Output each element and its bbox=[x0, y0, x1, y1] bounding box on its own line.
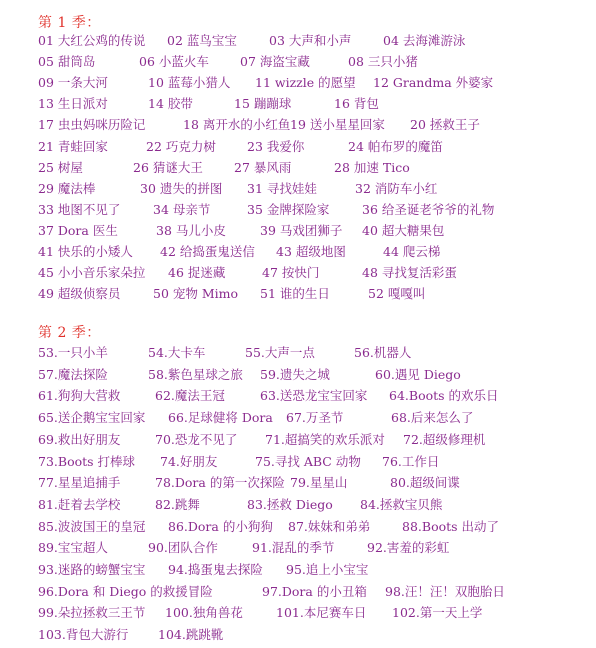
episode-item: 02 蓝鸟宝宝 bbox=[167, 31, 237, 51]
episode-item: 67.万圣节 bbox=[286, 408, 343, 428]
episode-item: 15 蹦蹦球 bbox=[234, 94, 291, 114]
episode-item: 38 马儿小皮 bbox=[156, 221, 226, 241]
episode-row: 85.波波国王的皇冠86.Dora 的小狗狗87.妹妹和弟弟88.Boots 出… bbox=[0, 517, 596, 537]
episode-item: 41 快乐的小矮人 bbox=[38, 242, 133, 262]
episode-item: 77.星星追捕手 bbox=[38, 473, 120, 493]
episode-item: 69.救出好朋友 bbox=[38, 430, 120, 450]
episode-item: 86.Dora 的小狗狗 bbox=[168, 517, 273, 537]
episode-item: 85.波波国王的皇冠 bbox=[38, 517, 145, 537]
episode-item: 55.大声一点 bbox=[245, 343, 315, 363]
episode-item: 50 宠物 Mimo bbox=[153, 284, 238, 304]
episode-item: 100.独角兽花 bbox=[165, 603, 243, 623]
episode-item: 81.赶着去学校 bbox=[38, 495, 120, 515]
episode-item: 97.Dora 的小丑箱 bbox=[262, 582, 367, 602]
episode-item: 13 生日派对 bbox=[38, 94, 108, 114]
episode-item: 33 地图不见了 bbox=[38, 200, 120, 220]
episode-item: 53.一只小羊 bbox=[38, 343, 108, 363]
episode-item: 30 遗失的拼图 bbox=[140, 179, 222, 199]
episode-item: 07 海盗宝藏 bbox=[240, 52, 310, 72]
episode-item: 80.超级间谍 bbox=[390, 473, 460, 493]
episode-item: 06 小蓝火车 bbox=[139, 52, 209, 72]
episode-row: 73.Boots 打棒球74.好朋友75.寻找 ABC 动物76.工作日 bbox=[0, 452, 596, 472]
episode-item: 23 我爱你 bbox=[247, 137, 304, 157]
season-1-heading: 第 1 季： bbox=[38, 12, 101, 32]
episode-item: 17 虫虫妈咪历险记 bbox=[38, 115, 145, 135]
episode-item: 47 按快门 bbox=[262, 263, 319, 283]
episode-row: 61.狗狗大营救62.魔法王冠63.送恐龙宝宝回家64.Boots 的欢乐日 bbox=[0, 386, 596, 406]
episode-row: 17 虫虫妈咪历险记18 离开水的小红鱼19 送小星星回家20 拯救王子 bbox=[0, 115, 596, 135]
episode-item: 91.混乱的季节 bbox=[252, 538, 334, 558]
episode-item: 92.害羞的彩虹 bbox=[367, 538, 449, 558]
episode-item: 79.星星山 bbox=[290, 473, 347, 493]
episode-row: 53.一只小羊54.大卡车55.大声一点56.机器人 bbox=[0, 343, 596, 363]
episode-row: 99.朵拉拯救三王节100.独角兽花101.本尼赛车日102.第一天上学 bbox=[0, 603, 596, 623]
episode-row: 93.迷路的螃蟹宝宝94.捣蛋鬼去探险95.追上小宝宝 bbox=[0, 560, 596, 580]
episode-item: 39 马戏团狮子 bbox=[260, 221, 342, 241]
episode-row: 65.送企鹅宝宝回家66.足球健将 Dora67.万圣节68.后来怎么了 bbox=[0, 408, 596, 428]
episode-row: 103.背包大游行104.跳跳靴 bbox=[0, 625, 596, 645]
episode-item: 52 嘎嘎叫 bbox=[368, 284, 425, 304]
episode-item: 56.机器人 bbox=[354, 343, 411, 363]
episode-item: 63.送恐龙宝宝回家 bbox=[260, 386, 367, 406]
episode-item: 24 帕布罗的魔笛 bbox=[348, 137, 443, 157]
episode-item: 04 去海滩游泳 bbox=[383, 31, 465, 51]
episode-item: 75.寻找 ABC 动物 bbox=[255, 452, 361, 472]
episode-row: 81.赶着去学校82.跳舞83.拯救 Diego84.拯救宝贝熊 bbox=[0, 495, 596, 515]
episode-item: 65.送企鹅宝宝回家 bbox=[38, 408, 145, 428]
episode-item: 58.紫色星球之旅 bbox=[148, 365, 243, 385]
episode-row: 01 大红公鸡的传说02 蓝鸟宝宝03 大声和小声04 去海滩游泳 bbox=[0, 31, 596, 51]
episode-item: 89.宝宝超人 bbox=[38, 538, 108, 558]
episode-item: 19 送小星星回家 bbox=[290, 115, 385, 135]
episode-item: 46 捉迷藏 bbox=[168, 263, 225, 283]
episode-item: 14 胶带 bbox=[148, 94, 193, 114]
episode-item: 31 寻找娃娃 bbox=[247, 179, 317, 199]
episode-item: 71.超搞笑的欢乐派对 bbox=[265, 430, 385, 450]
episode-item: 88.Boots 出动了 bbox=[402, 517, 499, 537]
episode-item: 57.魔法探险 bbox=[38, 365, 108, 385]
episode-row: 25 树屋26 猜谜大王27 暴风雨28 加速 Tico bbox=[0, 158, 596, 178]
episode-row: 89.宝宝超人90.团队合作91.混乱的季节92.害羞的彩虹 bbox=[0, 538, 596, 558]
episode-item: 40 超大糖果包 bbox=[362, 221, 444, 241]
episode-item: 43 超级地图 bbox=[276, 242, 346, 262]
episode-item: 32 消防车小红 bbox=[355, 179, 437, 199]
episode-item: 20 拯救王子 bbox=[410, 115, 480, 135]
episode-item: 70.恐龙不见了 bbox=[155, 430, 237, 450]
episode-item: 61.狗狗大营救 bbox=[38, 386, 120, 406]
episode-item: 98.汪！汪！双胞胎日 bbox=[385, 582, 505, 602]
episode-row: 09 一条大河10 蓝莓小猎人11 wizzle 的愿望12 Grandma 外… bbox=[0, 73, 596, 93]
episode-row: 37 Dora 医生38 马儿小皮39 马戏团狮子40 超大糖果包 bbox=[0, 221, 596, 241]
episode-row: 77.星星追捕手78.Dora 的第一次探险79.星星山80.超级间谍 bbox=[0, 473, 596, 493]
episode-item: 37 Dora 医生 bbox=[38, 221, 118, 241]
episode-item: 21 青蛙回家 bbox=[38, 137, 108, 157]
episode-row: 45 小小音乐家朵拉46 捉迷藏47 按快门48 寻找复活彩蛋 bbox=[0, 263, 596, 283]
episode-item: 48 寻找复活彩蛋 bbox=[362, 263, 457, 283]
episode-row: 57.魔法探险58.紫色星球之旅59.遗失之城60.遇见 Diego bbox=[0, 365, 596, 385]
episode-item: 03 大声和小声 bbox=[269, 31, 351, 51]
episode-item: 18 离开水的小红鱼 bbox=[183, 115, 290, 135]
episode-item: 82.跳舞 bbox=[155, 495, 200, 515]
episode-item: 73.Boots 打棒球 bbox=[38, 452, 135, 472]
episode-row: 29 魔法棒30 遗失的拼图31 寻找娃娃32 消防车小红 bbox=[0, 179, 596, 199]
episode-item: 10 蓝莓小猎人 bbox=[148, 73, 230, 93]
episode-row: 05 甜筒岛06 小蓝火车07 海盗宝藏08 三只小猪 bbox=[0, 52, 596, 72]
episode-item: 68.后来怎么了 bbox=[391, 408, 473, 428]
episode-item: 72.超级修理机 bbox=[403, 430, 485, 450]
episode-item: 12 Grandma 外婆家 bbox=[373, 73, 493, 93]
episode-item: 101.本尼赛车日 bbox=[276, 603, 366, 623]
episode-item: 42 给捣蛋鬼送信 bbox=[160, 242, 255, 262]
episode-item: 102.第一天上学 bbox=[392, 603, 482, 623]
episode-item: 66.足球健将 Dora bbox=[168, 408, 273, 428]
episode-item: 27 暴风雨 bbox=[234, 158, 291, 178]
episode-item: 62.魔法王冠 bbox=[155, 386, 225, 406]
episode-item: 16 背包 bbox=[334, 94, 379, 114]
episode-item: 36 给圣诞老爷爷的礼物 bbox=[362, 200, 494, 220]
episode-item: 25 树屋 bbox=[38, 158, 83, 178]
episode-row: 41 快乐的小矮人42 给捣蛋鬼送信43 超级地图44 爬云梯 bbox=[0, 242, 596, 262]
episode-item: 44 爬云梯 bbox=[383, 242, 440, 262]
episode-item: 76.工作日 bbox=[382, 452, 439, 472]
episode-item: 60.遇见 Diego bbox=[375, 365, 461, 385]
episode-row: 49 超级侦察员50 宠物 Mimo51 谁的生日52 嘎嘎叫 bbox=[0, 284, 596, 304]
episode-item: 34 母亲节 bbox=[153, 200, 210, 220]
episode-item: 104.跳跳靴 bbox=[158, 625, 223, 645]
episode-row: 33 地图不见了34 母亲节35 金牌探险家36 给圣诞老爷爷的礼物 bbox=[0, 200, 596, 220]
episode-item: 49 超级侦察员 bbox=[38, 284, 120, 304]
episode-item: 28 加速 Tico bbox=[334, 158, 410, 178]
episode-item: 83.拯救 Diego bbox=[247, 495, 333, 515]
episode-item: 95.追上小宝宝 bbox=[286, 560, 368, 580]
episode-item: 103.背包大游行 bbox=[38, 625, 128, 645]
episode-item: 64.Boots 的欢乐日 bbox=[389, 386, 499, 406]
episode-item: 22 巧克力树 bbox=[146, 137, 216, 157]
episode-item: 84.拯救宝贝熊 bbox=[360, 495, 442, 515]
episode-row: 21 青蛙回家22 巧克力树23 我爱你24 帕布罗的魔笛 bbox=[0, 137, 596, 157]
episode-item: 78.Dora 的第一次探险 bbox=[155, 473, 285, 493]
episode-item: 08 三只小猪 bbox=[348, 52, 418, 72]
episode-item: 35 金牌探险家 bbox=[247, 200, 329, 220]
episode-row: 96.Dora 和 Diego 的救援冒险97.Dora 的小丑箱98.汪！汪！… bbox=[0, 582, 596, 602]
episode-item: 93.迷路的螃蟹宝宝 bbox=[38, 560, 145, 580]
episode-item: 99.朵拉拯救三王节 bbox=[38, 603, 145, 623]
episode-item: 11 wizzle 的愿望 bbox=[255, 73, 356, 93]
episode-item: 54.大卡车 bbox=[148, 343, 205, 363]
episode-item: 29 魔法棒 bbox=[38, 179, 95, 199]
episode-item: 74.好朋友 bbox=[160, 452, 217, 472]
episode-item: 05 甜筒岛 bbox=[38, 52, 95, 72]
episode-item: 59.遗失之城 bbox=[260, 365, 330, 385]
episode-item: 51 谁的生日 bbox=[260, 284, 330, 304]
episode-item: 45 小小音乐家朵拉 bbox=[38, 263, 145, 283]
episode-item: 94.捣蛋鬼去探险 bbox=[168, 560, 263, 580]
episode-item: 09 一条大河 bbox=[38, 73, 108, 93]
episode-item: 90.团队合作 bbox=[148, 538, 218, 558]
episode-row: 69.救出好朋友70.恐龙不见了71.超搞笑的欢乐派对72.超级修理机 bbox=[0, 430, 596, 450]
episode-item: 87.妹妹和弟弟 bbox=[288, 517, 370, 537]
episode-row: 13 生日派对14 胶带15 蹦蹦球16 背包 bbox=[0, 94, 596, 114]
episode-item: 26 猜谜大王 bbox=[133, 158, 203, 178]
episode-item: 96.Dora 和 Diego 的救援冒险 bbox=[38, 582, 213, 602]
episode-item: 01 大红公鸡的传说 bbox=[38, 31, 145, 51]
season-2-heading: 第 2 季： bbox=[38, 322, 101, 342]
